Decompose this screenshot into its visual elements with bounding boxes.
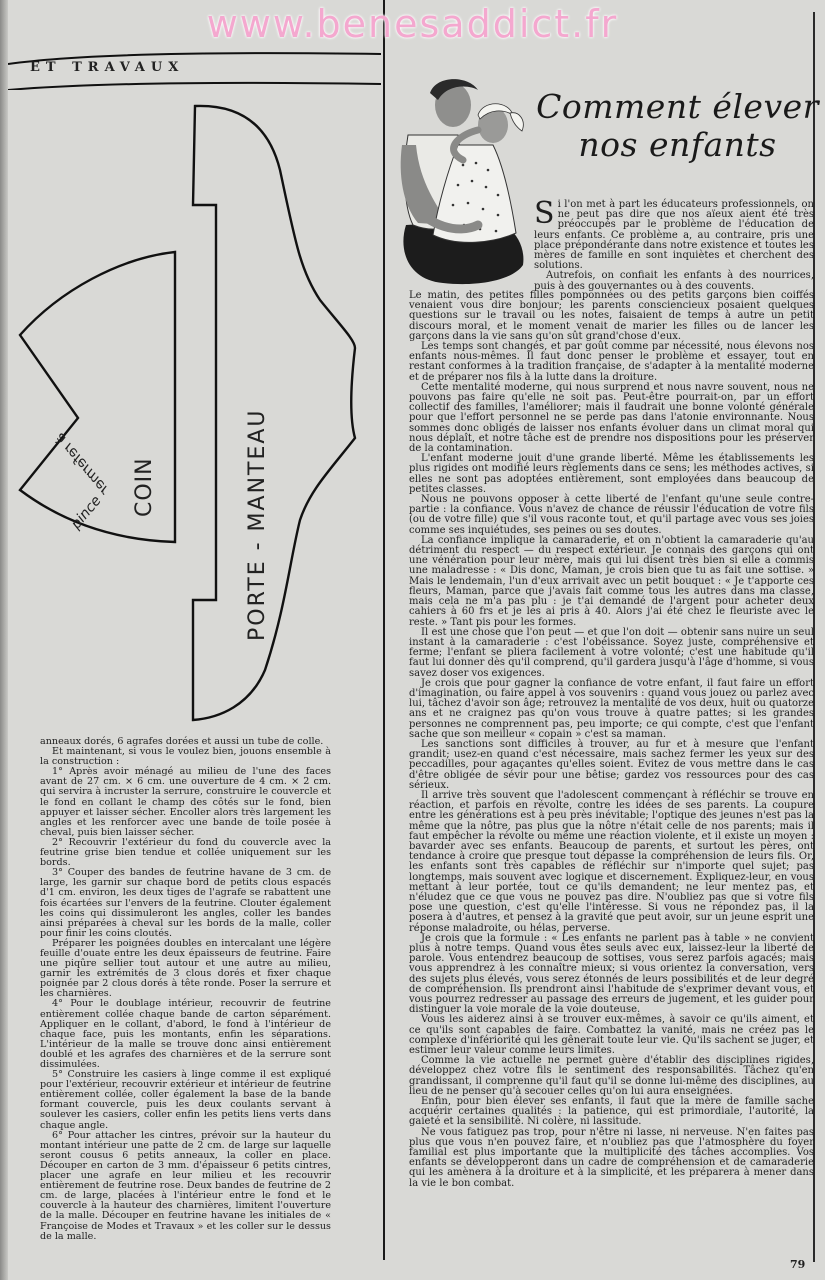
left-paragraph: Préparer les poignées doubles en interca… (40, 939, 331, 1000)
intro-text-2: Autrefois, on confiait les enfants à des… (534, 271, 814, 291)
left-paragraph: 5° Construire les casiers à linge comme … (40, 1070, 331, 1131)
right-paragraph: Cette mentalité moderne, qui nous surpre… (409, 383, 814, 454)
right-paragraph: Il arrive très souvent que l'adolescent … (409, 791, 814, 934)
article-intro: Si l'on met à part les éducateurs profes… (534, 200, 814, 292)
right-paragraph: Il est une chose que l'on peut — et que … (409, 628, 814, 679)
right-paragraph: Je crois que la formule : « Les enfants … (409, 934, 814, 1016)
sewing-pattern-diagram: COIN PORTE - MANTEAU pince à refermer (10, 90, 382, 735)
right-paragraph: Enfin, pour bien élever ses enfants, il … (409, 1097, 814, 1128)
left-paragraph: Et maintenant, si vous le voulez bien, j… (40, 747, 331, 767)
label-porte-manteau: PORTE - MANTEAU (245, 408, 270, 641)
article-title-line2: nos enfants (535, 126, 820, 164)
section-header: ET TRAVAUX (30, 60, 184, 75)
right-paragraph: Les sanctions sont difficiles à trouver,… (409, 740, 814, 791)
drop-cap: S (534, 201, 555, 227)
intro-text: i l'on met à part les éducateurs profess… (534, 199, 814, 271)
right-article-body: Le matin, des petites filles pomponnées … (409, 291, 814, 1189)
left-paragraph: 6° Pour attacher les cintres, prévoir su… (40, 1131, 331, 1242)
right-paragraph: La confiance implique la camaraderie, et… (409, 536, 814, 628)
right-paragraph: Nous ne pouvons opposer à cette liberté … (409, 495, 814, 536)
left-paragraph: 3° Couper des bandes de feutrine havane … (40, 868, 331, 939)
mother-child-illustration (398, 75, 528, 287)
left-paragraph: 4° Pour le doublage intérieur, recouvrir… (40, 999, 331, 1070)
column-divider (383, 0, 385, 1260)
article-title-line1: Comment élever (535, 88, 820, 126)
right-paragraph: Comme la vie actuelle ne permet guère d'… (409, 1056, 814, 1097)
right-paragraph: Le matin, des petites filles pomponnées … (409, 291, 814, 342)
left-paragraph: 2° Recouvrir l'extérieur du fond du couv… (40, 838, 331, 868)
page-binding-edge (0, 0, 8, 1280)
right-paragraph: Ne vous fatiguez pas trop, pour n'être n… (409, 1128, 814, 1189)
left-paragraph: 1° Après avoir ménagé au milieu de l'une… (40, 767, 331, 838)
right-paragraph: Je crois que pour gagner la confiance de… (409, 679, 814, 740)
label-coin: COIN (132, 457, 157, 517)
right-paragraph: L'enfant moderne jouit d'une grande libe… (409, 454, 814, 495)
left-article-text: anneaux dorés, 6 agrafes dorées et aussi… (40, 737, 331, 1242)
right-paragraph: Les temps sont changés, et par goût comm… (409, 342, 814, 383)
watermark: www.benesaddict.fr (0, 2, 825, 46)
page-number: 79 (790, 1258, 805, 1271)
article-title: Comment élever nos enfants (535, 88, 820, 164)
right-paragraph: Vous les aiderez ainsi à se trouver eux-… (409, 1015, 814, 1056)
